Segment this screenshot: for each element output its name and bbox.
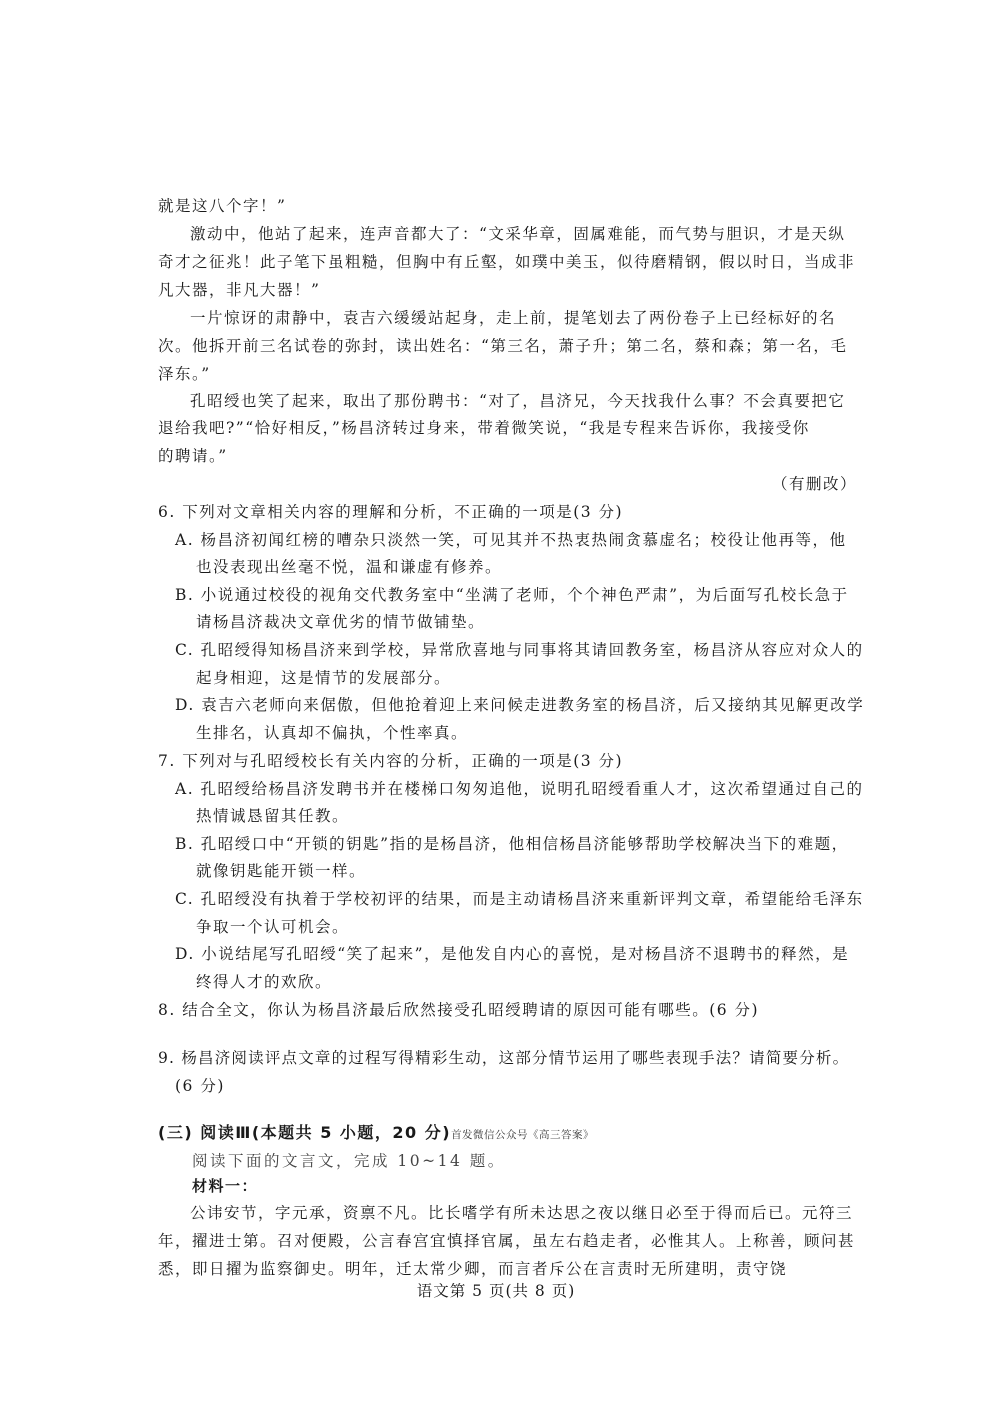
passage-line: 退给我吧?”“恰好相反，”杨昌济转过身来，带着微笑说，“我是专程来告诉你，我接受… <box>158 418 810 438</box>
question-stem: 7. 下列对与孔昭绶校长有关内容的分析，正确的一项是(3 分) <box>158 751 623 771</box>
question-8: 8. 结合全文，你认为杨昌济最后欣然接受孔昭绶聘请的原因可能有哪些。(6 分) <box>158 1000 759 1020</box>
material-label: 材料一： <box>192 1176 258 1196</box>
passage-line: 一片惊讶的肃静中，袁吉六缓缓站起身，走上前，提笔划去了两份卷子上已经标好的名 <box>190 308 836 328</box>
passage-line: 泽东。” <box>158 364 211 384</box>
option-d: D. 袁吉六老师向来倨傲，但他抢着迎上来问候走进教务室的杨昌济，后又接纳其见解更… <box>175 695 864 715</box>
section-heading: (三) 阅读Ⅲ(本题共 5 小题，20 分)首发微信公众号《高三答案》 <box>158 1123 594 1145</box>
option-b-cont: 就像钥匙能开锁一样。 <box>196 861 366 881</box>
option-b: B. 孔昭绶口中“开锁的钥匙”指的是杨昌济，他相信杨昌济能够帮助学校解决当下的难… <box>175 834 849 854</box>
option-c: C. 孔昭绶得知杨昌济来到学校，异常欣喜地与同事将其请回教务室，杨昌济从容应对众… <box>175 640 864 660</box>
option-c: C. 孔昭绶没有执着于学校初评的结果，而是主动请杨昌济来重新评判文章，希望能给毛… <box>175 889 864 909</box>
passage-line: 激动中，他站了起来，连声音都大了：“文采华章，固属难能，而气势与胆识，才是天纵 <box>190 224 845 244</box>
passage-line: 次。他拆开前三名试卷的弥封，读出姓名：“第三名，萧子升；第二名，蔡和森；第一名，… <box>158 336 847 356</box>
passage-line: 就是这八个字！” <box>158 196 286 216</box>
page-footer: 语文第 5 页(共 8 页) <box>0 1281 992 1301</box>
option-d-cont: 终得人才的欢欣。 <box>196 972 332 992</box>
exam-page: 就是这八个字！” 激动中，他站了起来，连声音都大了：“文采华章，固属难能，而气势… <box>0 0 992 1403</box>
question-stem: 9. 杨昌济阅读评点文章的过程写得精彩生动，这部分情节运用了哪些表现手法？请简要… <box>158 1048 849 1068</box>
passage-line: 凡大器，非凡大器！” <box>158 280 320 300</box>
question-score: (6 分) <box>175 1076 225 1096</box>
material-line: 公讳安节，字元承，资禀不凡。比长嗜学有所未达思之夜以继日必至于得而后已。元符三 <box>190 1203 853 1223</box>
section-instruction: 阅读下面的文言文，完成 10~14 题。 <box>192 1151 506 1171</box>
question-stem: 6. 下列对文章相关内容的理解和分析，不正确的一项是(3 分) <box>158 502 623 522</box>
option-a-cont: 也没表现出丝毫不悦，温和谦虚有修养。 <box>196 557 502 577</box>
option-a-cont: 热情诚恳留其任教。 <box>196 806 349 826</box>
passage-line: 奇才之征兆！此子笔下虽粗糙，但胸中有丘壑，如璞中美玉，似待磨精钢，假以时日，当成… <box>158 252 855 272</box>
option-b-cont: 请杨昌济裁决文章优劣的情节做铺垫。 <box>196 612 485 632</box>
option-a: A. 杨昌济初闻红榜的嘈杂只淡然一笑，可见其并不热衷热闹贪慕虚名；校役让他再等，… <box>175 530 847 550</box>
passage-line: 孔昭绶也笑了起来，取出了那份聘书：“对了，昌济兄，今天找我什么事？不会真要把它 <box>190 391 845 411</box>
section-title: (三) 阅读Ⅲ(本题共 5 小题，20 分) <box>158 1123 451 1142</box>
material-line: 年，擢进士第。召对便殿，公言春宫宜慎择官属，虽左右趋走者，必惟其人。上称善，顾问… <box>158 1231 855 1251</box>
option-d-cont: 生排名，认真却不偏执，个性率真。 <box>196 723 468 743</box>
option-a: A. 孔昭绶给杨昌济发聘书并在楼梯口匆匆追他，说明孔昭绶看重人才，这次希望通过自… <box>175 779 864 799</box>
option-b: B. 小说通过校役的视角交代教务室中“坐满了老师，个个神色严肃”，为后面写孔校长… <box>175 585 849 605</box>
passage-line: 的聘请。” <box>158 446 228 466</box>
option-c-cont: 争取一个认可机会。 <box>196 917 349 937</box>
option-c-cont: 起身相迎，这是情节的发展部分。 <box>196 668 451 688</box>
edited-note: （有删改） <box>772 474 857 494</box>
option-d: D. 小说结尾写孔昭绶“笑了起来”，是他发自内心的喜悦，是对杨昌济不退聘书的释然… <box>175 944 849 964</box>
watermark-text: 首发微信公众号《高三答案》 <box>451 1129 594 1141</box>
material-line: 悉，即日擢为监察御史。明年，迁太常少卿，而言者斥公在言责时无所建明，责守饶 <box>158 1259 787 1279</box>
